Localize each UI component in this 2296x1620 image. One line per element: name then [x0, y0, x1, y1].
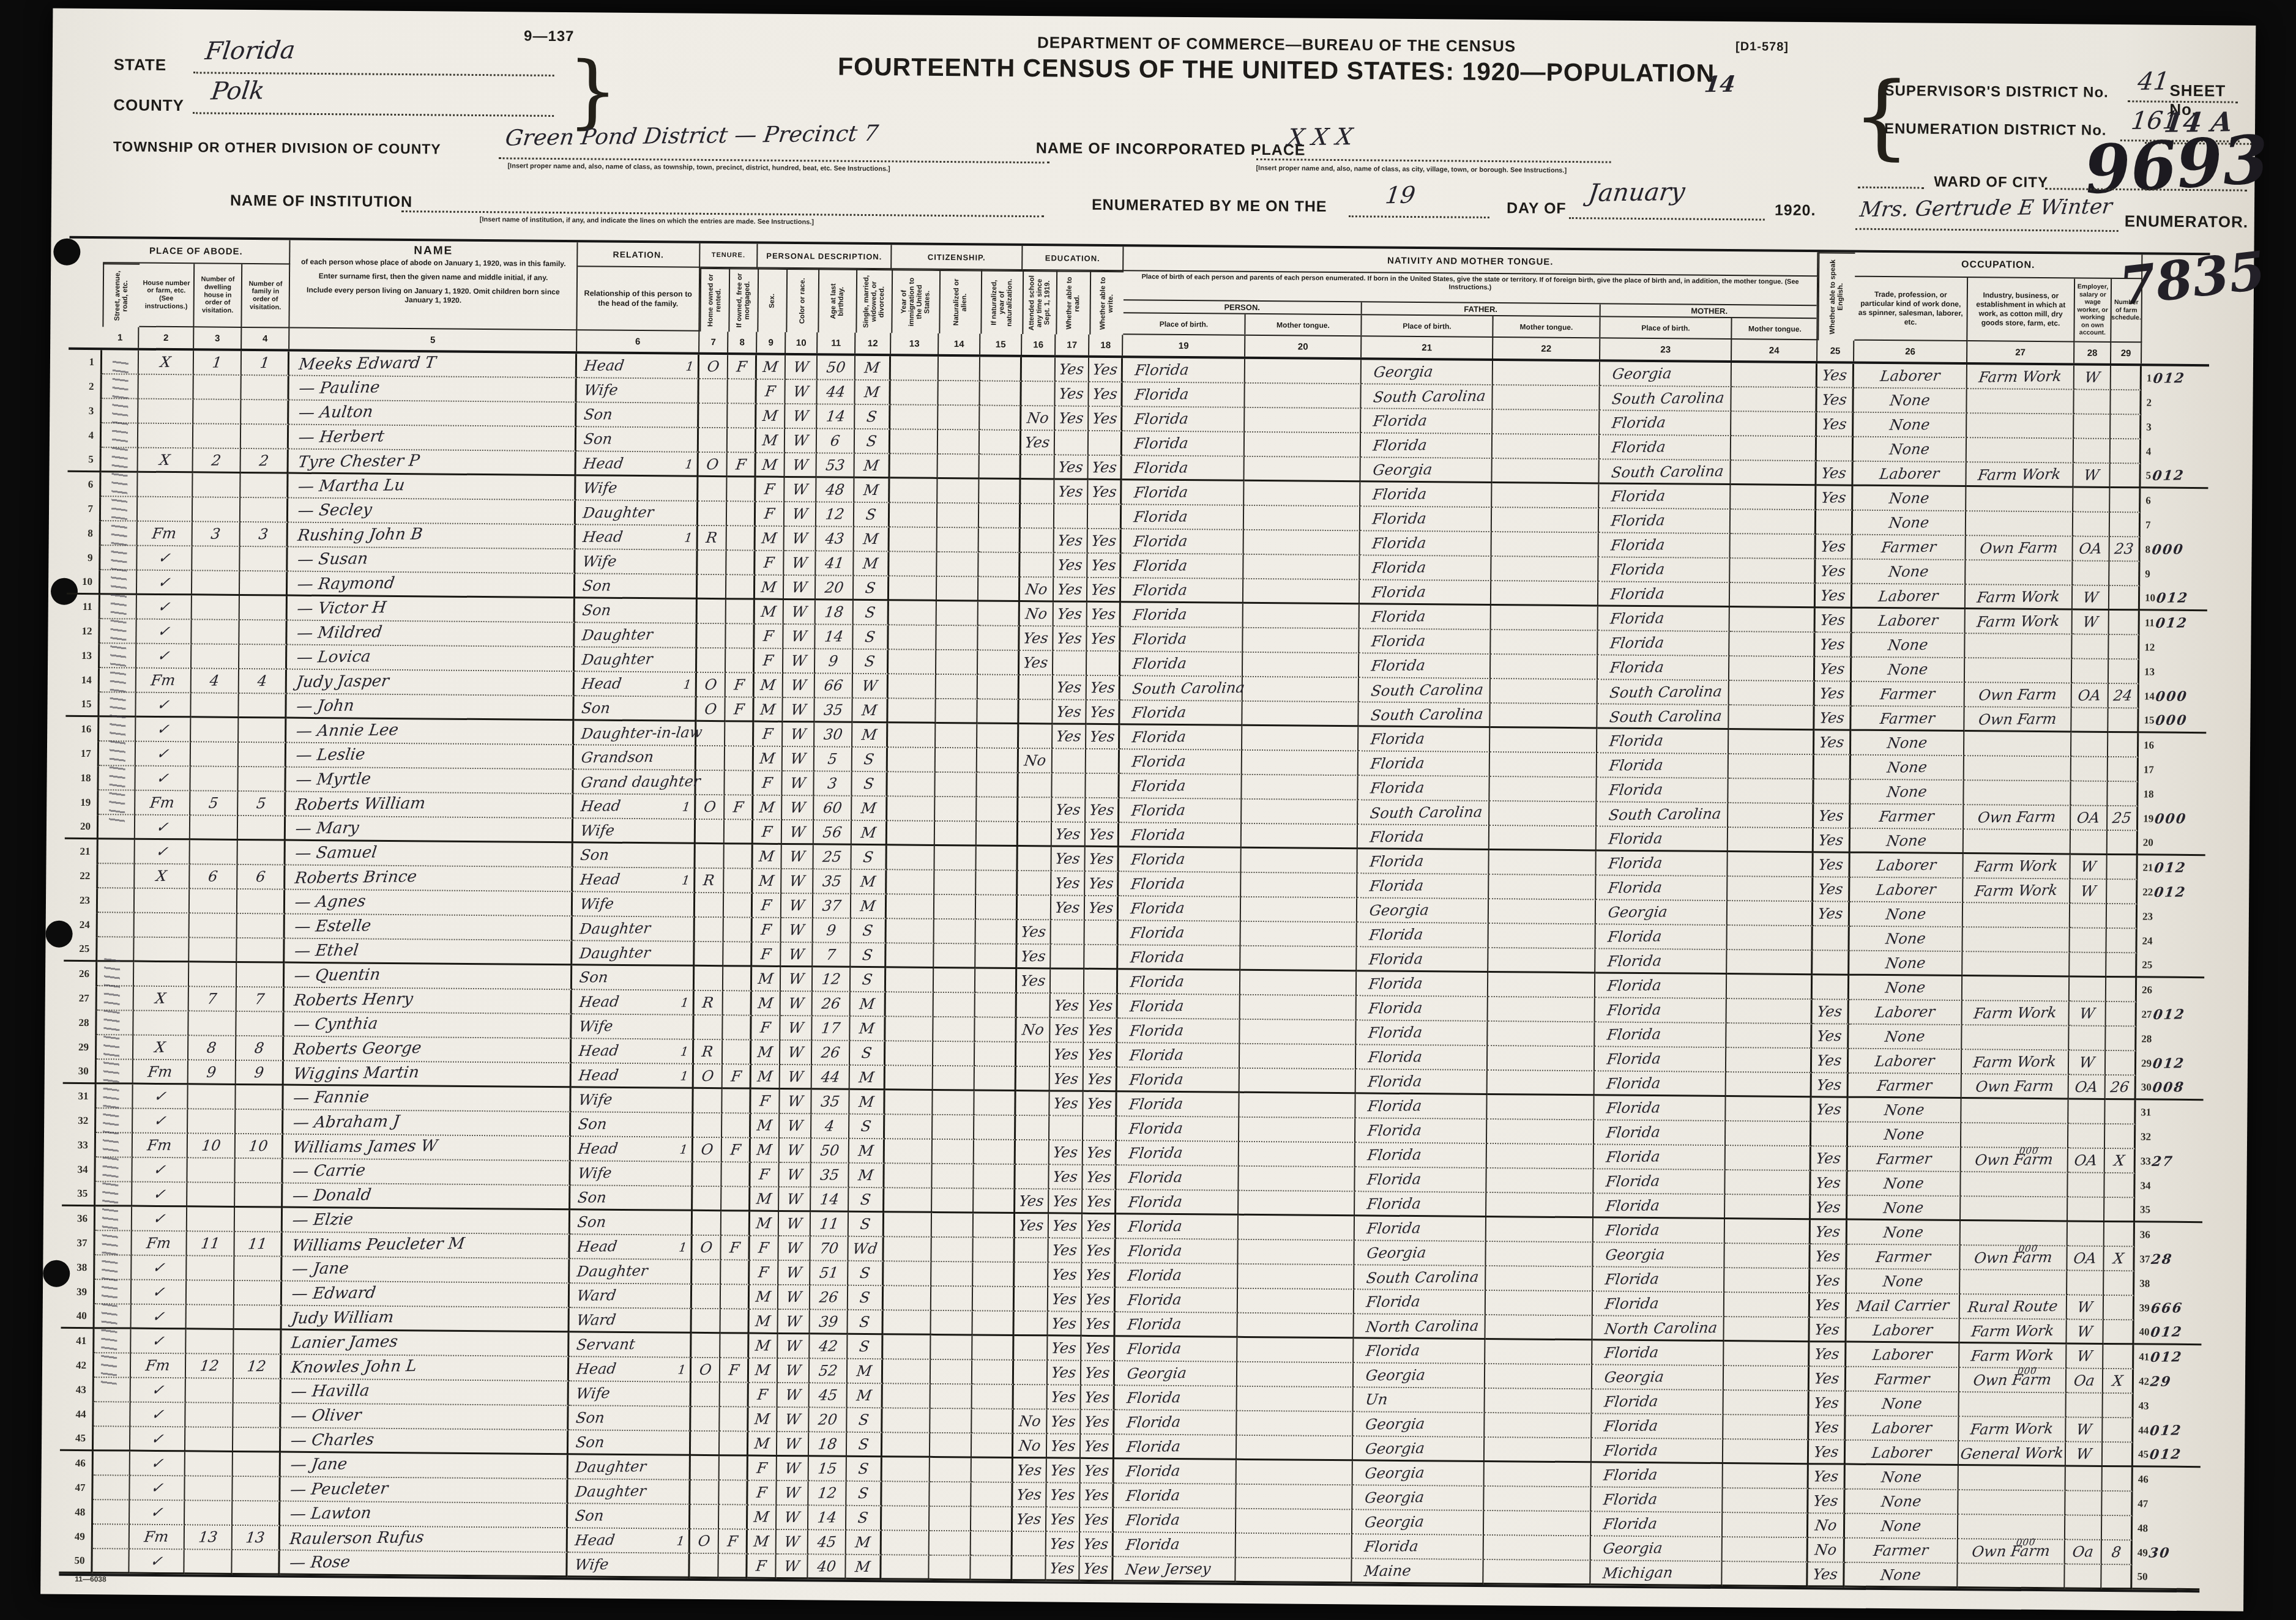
cell-c15 — [976, 920, 1018, 945]
cell-mr: M — [848, 1384, 883, 1408]
cell-e28: Oa — [2065, 1540, 2102, 1564]
cell-oc: Laborer — [1850, 853, 1963, 879]
cell-sx: M — [754, 698, 783, 723]
county-value: Polk — [209, 76, 266, 105]
cell-ln: 33 — [62, 1133, 96, 1157]
cell-cr: W — [779, 1163, 811, 1187]
cell-ft2 — [1488, 924, 1595, 949]
cell-in — [1965, 658, 2072, 683]
cell-mb: Florida — [1593, 1194, 1725, 1219]
cell-c1 — [93, 1500, 130, 1525]
cell-in — [1964, 732, 2071, 757]
cell-rl: Son — [570, 1210, 693, 1236]
cell-pt — [1237, 1436, 1353, 1461]
cell-pb: Florida — [1122, 382, 1245, 408]
cell-fb: Un — [1354, 1388, 1485, 1413]
cell-cr: W — [783, 698, 814, 723]
cell-c8 — [725, 746, 754, 771]
cell-pt — [1243, 677, 1359, 702]
cell-c15 — [973, 1238, 1015, 1263]
cell-c1 — [94, 1427, 130, 1451]
cell-c7 — [691, 1407, 720, 1432]
cell-c3: 8 — [188, 1036, 236, 1061]
cell-ag: 26 — [812, 1041, 850, 1065]
cell-w: Yes — [1082, 1263, 1116, 1288]
cell-mr: S — [855, 405, 890, 429]
cell-oc: Laborer — [1846, 1318, 1959, 1343]
cell-fb: Georgia — [1352, 1485, 1484, 1511]
cell-c2: Fm — [130, 1525, 185, 1550]
cell-mb: Florida — [1595, 1047, 1726, 1072]
cell-c13 — [887, 919, 934, 944]
cell-cr: W — [783, 747, 814, 771]
cell-cr: W — [779, 1187, 811, 1212]
cell-w — [1089, 431, 1122, 456]
cell-en — [1813, 951, 1849, 975]
cell-mb: South Carolina — [1598, 680, 1729, 705]
cell-pb: Florida — [1122, 407, 1245, 433]
cell-c15 — [977, 822, 1018, 847]
cell-s — [1015, 1238, 1048, 1263]
cell-sx: F — [751, 1016, 780, 1041]
cell-c3 — [188, 1085, 236, 1110]
cell-c15 — [974, 1189, 1015, 1214]
cell-c2: X — [138, 448, 193, 474]
cell-r: Yes — [1046, 1556, 1079, 1581]
cell-mt2 — [1728, 803, 1814, 828]
cell-nm: — Carrie — [283, 1159, 570, 1186]
cell-w — [1088, 505, 1122, 529]
cell-c3 — [185, 1501, 233, 1526]
cell-w: Yes — [1083, 1165, 1116, 1190]
cell-ag: 9 — [813, 918, 851, 943]
cell-mr: M — [852, 699, 888, 723]
cell-ag: 20 — [809, 1408, 847, 1432]
cell-en: Yes — [1813, 1000, 1849, 1024]
cell-fb: Florida — [1360, 531, 1492, 557]
column-number: 25 — [1817, 340, 1854, 361]
cell-fb: Florida — [1359, 727, 1490, 752]
person-pob-label: Place of birth. — [1123, 313, 1245, 335]
cell-ag: 11 — [811, 1212, 849, 1236]
cell-c15 — [971, 1507, 1013, 1532]
column-number: 27 — [1967, 341, 2074, 363]
cell-mr: S — [853, 625, 889, 650]
cell-pb: Florida — [1116, 1165, 1239, 1191]
cell-pb: Florida — [1120, 700, 1242, 726]
cell-en — [1814, 779, 1851, 804]
cell-rl: Head1 — [575, 672, 697, 697]
cell-c4 — [239, 645, 287, 670]
cell-c14 — [937, 528, 979, 553]
cell-c13 — [886, 968, 934, 993]
cell-w: Yes — [1083, 1092, 1117, 1117]
cell-c2: ✓ — [130, 1403, 185, 1428]
cell-mb: Florida — [1598, 655, 1729, 681]
cell-oc: None — [1852, 658, 1965, 683]
cell-r: Yes — [1049, 1189, 1083, 1214]
cell-rl: Ward — [569, 1308, 691, 1334]
cell-w: Yes — [1085, 872, 1119, 896]
cell-mr: M — [851, 894, 887, 919]
cell-s — [1018, 798, 1052, 822]
cell-r: Yes — [1053, 700, 1086, 724]
cell-sx: M — [750, 1187, 779, 1212]
cell-oc: None — [1851, 731, 1964, 756]
cell-sx: F — [756, 502, 785, 527]
cell-pb: Florida — [1119, 798, 1242, 824]
cell-e28 — [2066, 1393, 2103, 1417]
cell-c3 — [187, 1158, 235, 1183]
cell-e28 — [2066, 1466, 2103, 1491]
cell-c14 — [936, 699, 977, 724]
cell-mr: S — [854, 576, 889, 601]
cell-oc: None — [1853, 511, 1966, 536]
cell-ft2 — [1484, 1511, 1591, 1536]
cell-nm: — Ethel — [285, 939, 572, 966]
cell-c15 — [975, 993, 1017, 1018]
column-number: 5 — [289, 329, 577, 352]
state-value: Florida — [204, 36, 297, 65]
cell-c8: F — [723, 1065, 751, 1089]
cell-s — [1017, 994, 1051, 1018]
cell-pt — [1242, 775, 1358, 800]
cell-ag: 14 — [817, 404, 855, 429]
cell-ln: 3 — [68, 399, 102, 423]
cell-pt — [1242, 800, 1358, 825]
cell-ft2 — [1485, 1315, 1592, 1340]
cell-c4 — [236, 1012, 284, 1037]
cell-in — [1967, 438, 2074, 463]
cell-oc: Laborer — [1853, 462, 1966, 487]
cell-s — [1018, 773, 1052, 798]
cell-r — [1052, 773, 1086, 798]
cell-lnr: 8000 — [2140, 537, 2207, 562]
cell-ag: 35 — [814, 698, 852, 723]
cell-ln: 34 — [62, 1157, 95, 1182]
cell-nm: Roberts Brince — [285, 866, 573, 893]
cell-r — [1053, 651, 1087, 675]
cell-nm: Knowles John L — [281, 1355, 569, 1382]
cell-c2: ✓ — [136, 718, 191, 743]
cell-c8 — [721, 1162, 750, 1187]
cell-en: Yes — [1809, 1465, 1846, 1489]
cell-c4 — [239, 743, 286, 768]
cell-c13 — [888, 748, 936, 773]
cell-ft2 — [1485, 1364, 1592, 1389]
cell-c4 — [232, 1550, 280, 1575]
cell-ln: 36 — [62, 1206, 95, 1231]
cell-in — [1962, 976, 2070, 1001]
cell-cr: W — [782, 771, 814, 796]
cell-r: Yes — [1048, 1361, 1081, 1385]
cell-r: Yes — [1049, 1091, 1083, 1116]
cell-c2: ✓ — [136, 742, 191, 767]
cell-c2: ✓ — [137, 571, 192, 596]
cell-c8 — [719, 1481, 748, 1505]
cell-rl: Daughter — [568, 1479, 690, 1505]
cell-c13 — [889, 674, 936, 699]
cell-c13 — [886, 943, 934, 968]
cell-e29 — [2104, 1198, 2135, 1222]
column-number: 29 — [2111, 343, 2142, 363]
cell-ft2 — [1487, 1144, 1594, 1169]
column-number: 17 — [1056, 334, 1089, 355]
cell-rl: Wife — [575, 549, 698, 575]
cell-pb: Florida — [1121, 554, 1243, 579]
cell-mt2 — [1727, 950, 1813, 975]
cell-pt — [1240, 1044, 1356, 1069]
cell-nm: — Annie Lee — [286, 719, 574, 746]
cell-lnr: 34 — [2135, 1173, 2202, 1198]
cell-pb: Florida — [1120, 652, 1243, 677]
cell-oc: None — [1847, 1196, 1961, 1221]
column-number: 13 — [891, 333, 939, 354]
cell-mt2 — [1730, 607, 1816, 633]
cell-mt2 — [1729, 730, 1814, 755]
col-age: Age at last birthday. — [818, 269, 856, 332]
cell-pb: Florida — [1118, 994, 1240, 1020]
cell-mt2 — [1724, 1293, 1810, 1318]
cell-nm: — Peucleter — [280, 1477, 568, 1504]
cell-c13 — [889, 625, 936, 650]
cell-rl: Head1 — [570, 1235, 692, 1260]
cell-c3 — [191, 742, 239, 767]
cell-sx: F — [751, 1090, 780, 1114]
cell-ft2 — [1491, 630, 1598, 655]
cell-e29 — [2103, 1394, 2133, 1418]
cell-ag: 14 — [815, 625, 853, 649]
cell-fb: Florida — [1361, 409, 1493, 434]
cell-cr: W — [783, 649, 815, 674]
cell-c14 — [934, 993, 975, 1018]
cell-mr: S — [846, 1482, 882, 1506]
cell-c14 — [931, 1311, 972, 1336]
cell-e28 — [2071, 781, 2108, 806]
dotted-line — [1349, 215, 1489, 218]
cell-e29 — [2109, 586, 2140, 611]
cell-c8: F — [721, 1236, 750, 1260]
cell-r: Yes — [1048, 1238, 1082, 1263]
cell-w: Yes — [1084, 1019, 1117, 1043]
cell-c14 — [932, 1164, 974, 1189]
cell-rl: Daughter — [576, 500, 698, 526]
cell-c15 — [975, 1017, 1016, 1042]
cell-en: No — [1808, 1538, 1845, 1562]
cell-lnr: 10012 — [2140, 586, 2207, 611]
cell-s — [1016, 1116, 1049, 1140]
cell-in — [1961, 1221, 2068, 1246]
cell-fb: Florida — [1358, 825, 1489, 850]
cell-c15 — [978, 577, 1020, 602]
cell-fb: South Carolina — [1358, 800, 1489, 826]
township-caption: [Insert proper name and, also, name of c… — [507, 162, 1095, 174]
cell-en: Yes — [1811, 1146, 1848, 1171]
cell-s: Yes — [1017, 969, 1051, 994]
cell-ft2 — [1485, 1462, 1592, 1487]
township-label: TOWNSHIP OR OTHER DIVISION OF COUNTY — [113, 138, 441, 157]
cell-in: Rural Route — [1960, 1295, 2067, 1320]
cell-e29: 23 — [2109, 537, 2140, 562]
cell-sx: M — [754, 747, 783, 771]
column-number: 22 — [1493, 338, 1600, 359]
cell-fb: Georgia — [1354, 1241, 1486, 1266]
col-able-to-write: Whether able to write. — [1089, 271, 1124, 335]
cell-in — [1963, 903, 2070, 928]
cell-c1 — [98, 864, 135, 888]
cell-mb: North Carolina — [1592, 1316, 1724, 1342]
dotted-line — [1855, 228, 2119, 232]
cell-ag: 56 — [814, 820, 852, 845]
cell-ln: 8 — [67, 521, 101, 546]
cell-c4: 3 — [240, 522, 288, 548]
cell-e28 — [2068, 1222, 2104, 1246]
cell-c13 — [883, 1310, 931, 1336]
cell-pb: Florida — [1119, 847, 1241, 873]
cell-in: Farm Work — [1966, 463, 2073, 488]
cell-sx: M — [752, 967, 781, 992]
cell-ag: 26 — [810, 1285, 848, 1310]
cell-mb: South Carolina — [1600, 386, 1731, 412]
cell-en: Yes — [1815, 682, 1852, 706]
cell-e29 — [2111, 415, 2141, 439]
cell-c13 — [885, 1041, 933, 1066]
cell-en: Yes — [1812, 1024, 1849, 1049]
cell-c13 — [889, 650, 936, 675]
cell-c15 — [972, 1311, 1014, 1336]
cell-ln: 12 — [66, 619, 100, 644]
cell-ln: 25 — [64, 937, 97, 962]
cell-mt2 — [1728, 828, 1814, 853]
cell-en: Yes — [1810, 1367, 1846, 1391]
census-title: FOURTEENTH CENSUS OF THE UNITED STATES: … — [781, 52, 1772, 89]
cell-c4 — [240, 474, 288, 499]
incorporated-place-label: NAME OF INCORPORATED PLACE — [1036, 139, 1306, 159]
cell-c3: 11 — [187, 1232, 234, 1257]
cell-s: Yes — [1018, 920, 1051, 945]
cell-c14 — [933, 1042, 975, 1067]
cell-mb: Florida — [1598, 606, 1730, 632]
cell-oc: None — [1850, 902, 1963, 927]
cell-lnr: 29012 — [2136, 1051, 2204, 1076]
cell-ln: 45 — [60, 1427, 94, 1451]
cell-c2: X — [135, 864, 190, 890]
cell-r — [1051, 920, 1085, 945]
cell-oc: None — [1847, 1172, 1961, 1197]
cell-pt — [1244, 457, 1360, 482]
cell-c4 — [234, 1379, 281, 1404]
cell-cr: W — [780, 1139, 811, 1163]
cell-c8 — [722, 1113, 751, 1138]
cell-rl: Son — [573, 843, 695, 869]
cell-mt2 — [1730, 559, 1816, 584]
cell-c7 — [693, 1089, 722, 1113]
cell-c4 — [233, 1428, 281, 1453]
cell-e28: W — [2066, 1417, 2103, 1442]
cell-sx: M — [755, 674, 783, 698]
cell-c4 — [241, 400, 289, 425]
cell-c2: Fm — [133, 1060, 188, 1085]
cell-in — [1958, 1490, 2065, 1515]
cell-c7 — [693, 1113, 722, 1138]
cell-c7 — [697, 624, 726, 648]
cell-ag: 12 — [813, 967, 851, 992]
cell-c8 — [723, 967, 752, 991]
cell-c2 — [134, 962, 189, 987]
cell-c2 — [138, 399, 193, 425]
cell-ln: 27 — [64, 986, 97, 1011]
cell-lnr: 46 — [2133, 1467, 2201, 1492]
cell-cr: W — [786, 355, 818, 380]
cell-fb: Florida — [1355, 1167, 1486, 1193]
cell-c13 — [888, 723, 936, 748]
cell-fb: Maine — [1352, 1559, 1483, 1585]
cell-e29 — [2104, 1222, 2135, 1247]
cell-c13 — [889, 552, 937, 577]
cell-ln: 41 — [61, 1329, 94, 1353]
cell-lnr: 4930 — [2133, 1540, 2200, 1566]
cell-mb: Florida — [1594, 1145, 1726, 1170]
cell-pt — [1237, 1313, 1354, 1339]
cell-ft2 — [1490, 704, 1597, 729]
cell-c3 — [184, 1550, 232, 1575]
right-margin-col — [2142, 255, 2210, 364]
cell-c2: ✓ — [133, 1109, 188, 1134]
cell-in — [1962, 1025, 2069, 1050]
cell-nm: — Abraham J — [283, 1110, 571, 1137]
cell-e28 — [2067, 1271, 2104, 1295]
cell-ft2 — [1484, 1487, 1591, 1512]
column-number: 18 — [1089, 335, 1123, 355]
cell-fb: Florida — [1360, 482, 1492, 508]
cell-nm: — Mildred — [287, 621, 575, 648]
cell-rl: Grandson — [574, 745, 696, 771]
cell-r: Yes — [1049, 1214, 1083, 1238]
cell-s: Yes — [1013, 1458, 1047, 1483]
cell-fb: Florida — [1357, 996, 1488, 1022]
cell-mt2 — [1723, 1440, 1809, 1465]
cell-oc: Laborer — [1852, 584, 1966, 609]
cell-ft2 — [1489, 801, 1597, 827]
cell-fb: North Carolina — [1354, 1314, 1485, 1340]
cell-w — [1086, 774, 1119, 798]
cell-mb: Georgia — [1596, 900, 1728, 926]
cell-en: Yes — [1816, 461, 1853, 486]
group-tenure: TENURE. — [700, 243, 758, 269]
cell-mr: S — [851, 919, 887, 943]
cell-r — [1053, 749, 1086, 773]
cell-pb: Florida — [1120, 749, 1242, 775]
cell-mb: Florida — [1598, 582, 1730, 607]
cell-e29 — [2104, 1296, 2134, 1320]
cell-in — [1961, 1172, 2068, 1197]
cell-r: Yes — [1050, 1018, 1084, 1042]
cell-nm: — Cynthia — [284, 1012, 572, 1039]
cell-c14 — [934, 895, 976, 920]
cell-c4 — [235, 1183, 283, 1208]
census-sheet: 9—137 STATE Florida COUNTY Polk } TOWNSH… — [40, 9, 2256, 1611]
cell-pb: Florida — [1122, 456, 1244, 481]
cell-c2: ✓ — [135, 840, 190, 865]
cell-mr: S — [847, 1433, 882, 1457]
cell-c14 — [930, 1482, 971, 1507]
cell-mt2 — [1724, 1342, 1810, 1367]
col-street: Street, avenue, road, etc. — [102, 263, 140, 327]
cell-s: Yes — [1017, 945, 1051, 969]
cell-mt2 — [1728, 852, 1813, 877]
cell-sx: F — [747, 1555, 776, 1579]
cell-c7: O — [696, 697, 725, 722]
